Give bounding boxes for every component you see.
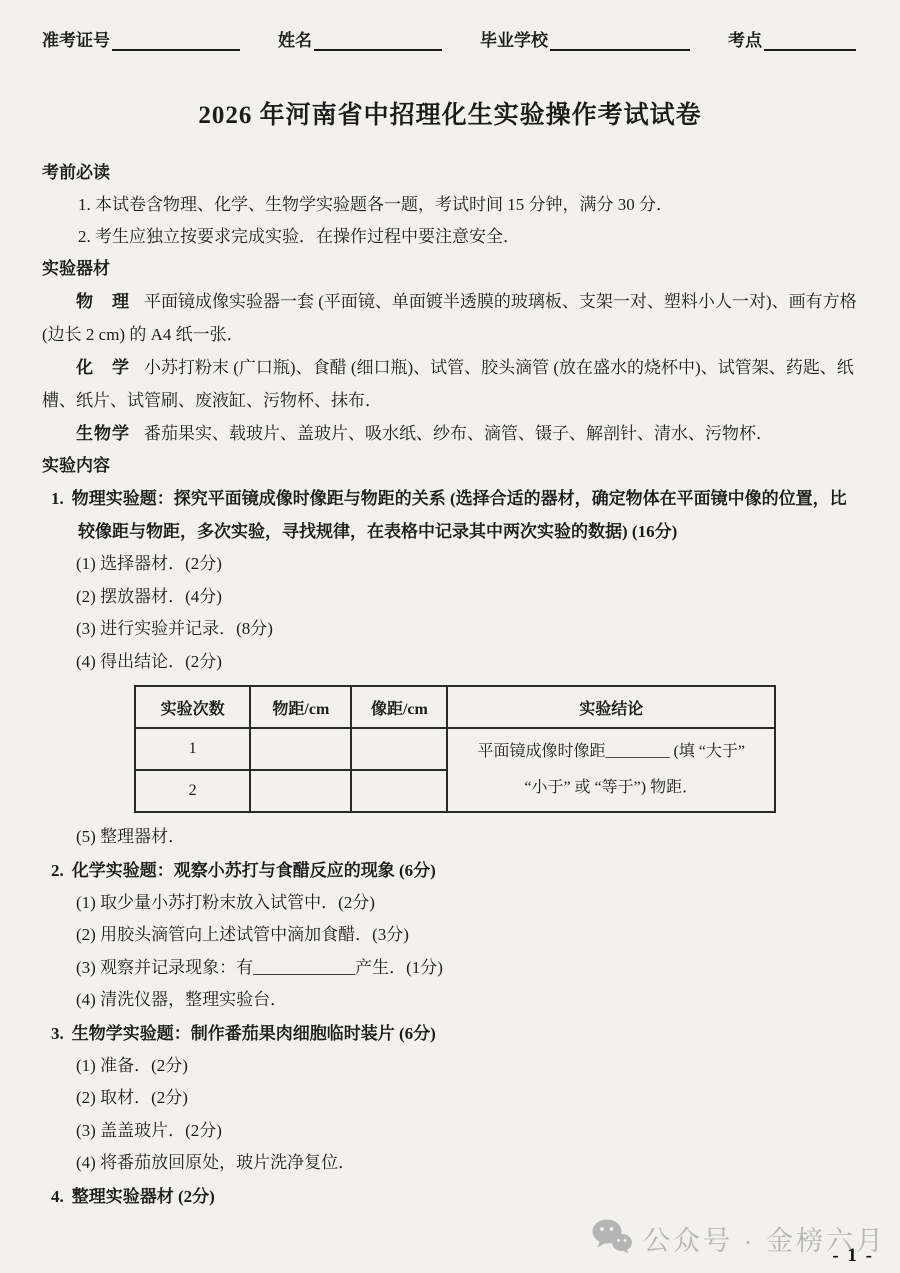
equipment-chemistry-text: 小苏打粉末 (广口瓶)、食醋 (细口瓶)、试管、胶头滴管 (放在盛水的烧杯中)、… [42, 358, 854, 410]
field-admission-number-blank [112, 29, 240, 51]
question-3-title: 3.生物学实验题：制作番茄果肉细胞临时装片 (6分) [42, 1017, 862, 1050]
equipment-chemistry-subject: 化 学 [76, 358, 130, 377]
question-1-step-2: (2) 摆放器材．(4分) [42, 581, 862, 614]
field-admission-number-label: 准考证号 [42, 26, 110, 51]
field-name-blank [314, 29, 442, 51]
question-2-title-text: 化学实验题：观察小苏打与食醋反应的现象 (6分) [72, 861, 436, 880]
question-3-step-2: (2) 取材．(2分) [42, 1082, 862, 1115]
equipment-physics-subject: 物 理 [76, 292, 130, 311]
wechat-icon [591, 1218, 633, 1259]
question-2-step-4: (4) 清洗仪器，整理实验台． [42, 984, 862, 1017]
question-1-title-text: 物理实验题：探究平面镜成像时像距与物距的关系 (选择合适的器材，确定物体在平面镜… [72, 489, 847, 541]
notice-item-2: 2. 考生应独立按要求完成实验．在操作过程中要注意安全． [42, 221, 862, 253]
field-site: 考点 [728, 26, 856, 51]
col-header-object-distance: 物距/cm [250, 686, 351, 728]
candidate-info-row: 准考证号 姓名 毕业学校 考点 [42, 26, 856, 51]
field-school-label: 毕业学校 [480, 26, 548, 51]
trial-2-cell: 2 [135, 770, 250, 812]
question-3-step-4: (4) 将番茄放回原处，玻片洗净复位． [42, 1147, 862, 1180]
conclusion-cell: 平面镜成像时像距________ (填 “大于” “小于” 或 “等于”) 物距… [447, 728, 775, 812]
exam-paper-page: 准考证号 姓名 毕业学校 考点 2026 年河南省中招理化生实验操作考试试卷 考… [0, 0, 900, 1273]
equipment-physics-text: 平面镜成像实验器一套 (平面镜、单面镀半透膜的玻璃板、支架一对、塑料小人一对)、… [42, 292, 857, 344]
field-school: 毕业学校 [480, 26, 690, 51]
col-header-trial: 实验次数 [135, 686, 250, 728]
trial-2-image-distance-cell [351, 770, 447, 812]
equipment-biology: 生物学番茄果实、载玻片、盖玻片、吸水纸、纱布、滴管、镊子、解剖针、清水、污物杯． [42, 417, 862, 450]
question-1-step-5: (5) 整理器材． [42, 821, 862, 854]
question-2-step-2: (2) 用胶头滴管向上述试管中滴加食醋．(3分) [42, 919, 862, 952]
page-title: 2026 年河南省中招理化生实验操作考试试卷 [0, 95, 900, 131]
trial-1-cell: 1 [135, 728, 250, 770]
equipment-biology-subject: 生物学 [76, 424, 130, 443]
experiment-record-table: 实验次数 物距/cm 像距/cm 实验结论 1 平面镜成像时像距________… [134, 685, 776, 813]
page-number: - 1 - [832, 1245, 874, 1267]
field-name: 姓名 [278, 26, 442, 51]
col-header-image-distance: 像距/cm [351, 686, 447, 728]
field-name-label: 姓名 [278, 26, 312, 51]
col-header-conclusion: 实验结论 [447, 686, 775, 728]
field-site-label: 考点 [728, 26, 762, 51]
table-row: 1 平面镜成像时像距________ (填 “大于” “小于” 或 “等于”) … [135, 728, 775, 770]
question-1-step-3: (3) 进行实验并记录．(8分) [42, 613, 862, 646]
question-4-number: 4. [51, 1187, 64, 1206]
question-3-step-1: (1) 准备．(2分) [42, 1050, 862, 1083]
question-4-title: 4.整理实验器材 (2分) [42, 1180, 862, 1213]
trial-1-image-distance-cell [351, 728, 447, 770]
conclusion-line-2: “小于” 或 “等于”) 物距． [448, 770, 774, 806]
question-1-title: 1.物理实验题：探究平面镜成像时像距与物距的关系 (选择合适的器材，确定物体在平… [42, 482, 862, 548]
paper-body: 考前必读 1. 本试卷含物理、化学、生物学实验题各一题，考试时间 15 分钟，满… [0, 131, 900, 1213]
question-1-step-4: (4) 得出结论．(2分) [42, 646, 862, 679]
notice-heading: 考前必读 [42, 157, 862, 189]
trial-2-object-distance-cell [250, 770, 351, 812]
content-heading: 实验内容 [42, 450, 862, 482]
question-3-title-text: 生物学实验题：制作番茄果肉细胞临时装片 (6分) [72, 1024, 436, 1043]
question-4-title-text: 整理实验器材 (2分) [72, 1187, 215, 1206]
field-admission-number: 准考证号 [42, 26, 240, 51]
equipment-heading: 实验器材 [42, 253, 862, 285]
equipment-physics: 物 理平面镜成像实验器一套 (平面镜、单面镀半透膜的玻璃板、支架一对、塑料小人一… [42, 285, 862, 351]
field-school-blank [550, 29, 690, 51]
question-1-number: 1. [51, 489, 64, 508]
equipment-chemistry: 化 学小苏打粉末 (广口瓶)、食醋 (细口瓶)、试管、胶头滴管 (放在盛水的烧杯… [42, 351, 862, 417]
question-2-step-1: (1) 取少量小苏打粉末放入试管中．(2分) [42, 887, 862, 920]
equipment-biology-text: 番茄果实、载玻片、盖玻片、吸水纸、纱布、滴管、镊子、解剖针、清水、污物杯． [144, 424, 773, 443]
question-2-title: 2.化学实验题：观察小苏打与食醋反应的现象 (6分) [42, 854, 862, 887]
question-3-number: 3. [51, 1024, 64, 1043]
conclusion-line-1: 平面镜成像时像距________ (填 “大于” [448, 734, 774, 770]
question-1-step-1: (1) 选择器材．(2分) [42, 548, 862, 581]
question-2-step-3: (3) 观察并记录现象：有____________产生．(1分) [42, 952, 862, 985]
question-3-step-3: (3) 盖盖玻片．(2分) [42, 1115, 862, 1148]
field-site-blank [764, 29, 856, 51]
table-header-row: 实验次数 物距/cm 像距/cm 实验结论 [135, 686, 775, 728]
trial-1-object-distance-cell [250, 728, 351, 770]
notice-item-1: 1. 本试卷含物理、化学、生物学实验题各一题，考试时间 15 分钟，满分 30 … [42, 189, 862, 221]
question-2-number: 2. [51, 861, 64, 880]
